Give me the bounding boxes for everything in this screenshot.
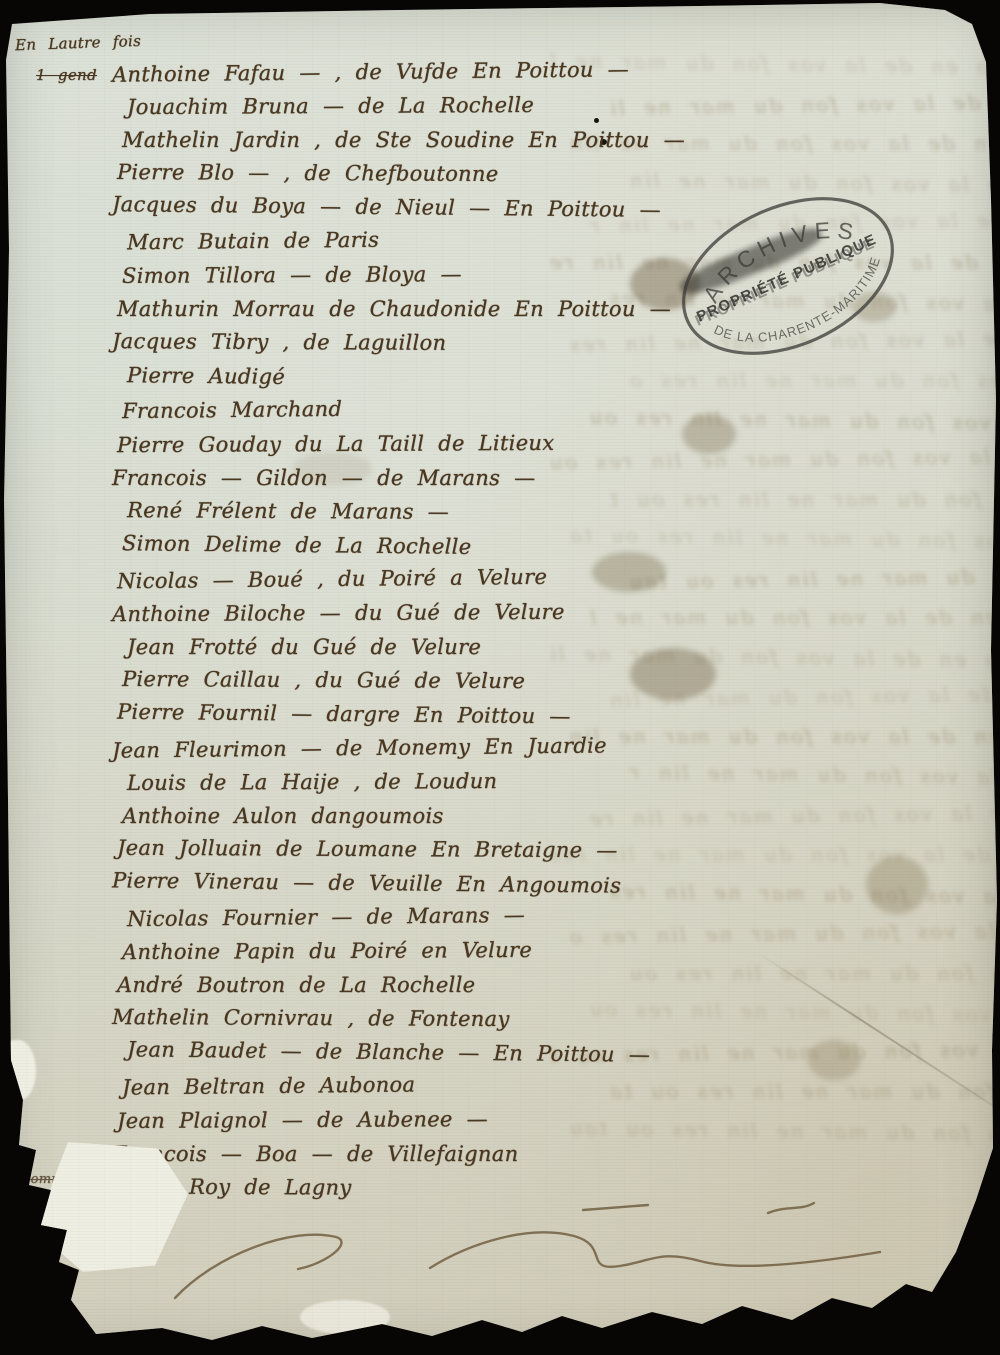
torn-fibre-chunk: [38, 1142, 188, 1272]
ink-bleedthrough: la vos fon du mar ne lin res ou t: [608, 487, 1000, 511]
entry-line: Mathelin Cornivrau , de Fontenay: [112, 1005, 510, 1031]
entry-line: Francois — Gildon — de Marans —: [112, 466, 535, 490]
entry-line: Jouachim Bruna — de La Rochelle: [127, 93, 534, 119]
entry-line: Nicolas — Boué , du Poiré a Velure: [117, 565, 547, 594]
ink-bleedthrough: la vos fon du mar ne lin res ou ta: [608, 1079, 1000, 1103]
entry-line: Pierre Gouday du La Taill de Litieux: [117, 431, 554, 457]
paper-crease: [757, 952, 1000, 1150]
ink-bleedthrough: mo en de la vos fon du mar ne lin: [608, 681, 1000, 712]
ink-bleedthrough: de la vos fon du mar ne lin res ou: [588, 404, 1000, 435]
ink-bleedthrough: e la vos fon du mar ne lin res ou: [588, 997, 1000, 1028]
ink-bleedthrough: de la vos fon du mar ne lin res o: [628, 368, 1000, 392]
entry-line: Pierre Caillau , du Gué de Velure: [122, 667, 525, 693]
torn-fibre-chunk: [300, 1300, 390, 1334]
entry-line: Francois Marchand: [122, 397, 342, 423]
entry-line: Mathurin Morrau de Chaudonide En Poittou…: [117, 297, 671, 321]
header-note: En Lautre fois: [15, 32, 142, 54]
ink-bleedthrough: un mo en de la vos fon du mar ne l: [588, 605, 1000, 629]
entry-line: Anthoine Fafau — , de Vufde En Poittou —: [112, 57, 629, 86]
entry-line: Mathelin Jardin , de Ste Soudine En Poit…: [122, 128, 685, 152]
ink-stain: [808, 1040, 860, 1080]
entry-line: Pierre Blo — , de Chefboutonne: [117, 160, 499, 186]
manuscript-scan: un mo en de la vos fon du mar ne ln mo e…: [0, 0, 1000, 1355]
ink-stain: [866, 856, 928, 914]
ink-stain: [592, 552, 666, 592]
entry-line: Pierre Audigé: [127, 363, 285, 389]
ink-bleedthrough: de la vos fon du mar ne lin res ou: [628, 961, 1000, 985]
ink-bleedthrough: n mo en de la vos fon du mar ne li: [608, 88, 1000, 119]
ink-stain: [630, 648, 716, 700]
entry-line: Jean Frotté du Gué de Velure: [127, 635, 481, 659]
ink-bleedthrough: a vos fon du mar ne lin res ou tau: [628, 562, 1000, 593]
torn-fibre-chunk: [2, 1040, 36, 1100]
entry-line: Jacques du Boya — de Nieul — En Poittou …: [112, 192, 661, 222]
entry-line: Jean Fleurimon — de Monemy En Juardie: [112, 733, 607, 762]
ink-bleedthrough: n mo en de la vos fon du mar ne li: [548, 641, 1000, 672]
entry-line: Jean Beltran de Aubonoa: [122, 1072, 416, 1099]
ink-bleedthrough: de la vos fon du mar ne lin res o: [568, 918, 1000, 949]
entry-line: Jacques Tibry , de Laguillon: [112, 330, 446, 356]
entry-line: André Boutron de La Rochelle: [117, 973, 475, 997]
entry-line: Pierre Vinerau — de Veuille En Angoumois: [112, 869, 621, 898]
archive-stamp: ARCHIVES PROPRIÉTÉ PUBLIQUE PROPRIÉTÉ PU…: [644, 150, 932, 401]
ink-bleedthrough: la vos fon du mar ne lin res ou ta: [568, 523, 1000, 554]
margin-note-top: 1 gend: [36, 66, 97, 84]
entry-line: Jean Jolluain de Loumane En Bretaigne —: [117, 836, 618, 863]
ink-bleedthrough: en de la vos fon du mar ne lin re: [588, 799, 1000, 830]
ink-bleedthrough: mo en de la vos fon du mar ne lin: [568, 724, 1000, 748]
ink-bleedthrough: e la vos fon du mar ne lin res ou: [548, 444, 1000, 475]
entry-line: Louis de La Haije , de Loudun: [127, 769, 497, 795]
ink-stain: [682, 414, 736, 454]
entry-line: Nicolas Fournier — de Marans —: [127, 903, 525, 931]
entry-line: Anthoine Biloche — du Gué de Velure: [112, 600, 565, 626]
ink-bleedthrough: a vos fon du mar ne lin res ou tau: [568, 1115, 1000, 1146]
entry-line: Anthoine Papin du Poiré en Velure: [122, 938, 532, 964]
entry-line: Anthoine Aulon dangoumois: [122, 804, 444, 828]
entry-line: Marc Butain de Paris: [127, 228, 379, 255]
paper-sheet: un mo en de la vos fon du mar ne ln mo e…: [0, 0, 1000, 1355]
entry-line: Francois — Boa — de Villefaignan: [112, 1142, 518, 1166]
ink-dot: [594, 118, 599, 123]
entry-line: Pierre Fournil — dargre En Poittou —: [117, 700, 571, 729]
entry-line: Simon Tillora — de Bloya —: [122, 262, 462, 288]
entry-line: René Frélent de Marans —: [127, 499, 449, 525]
entry-line: Jean Baudet — de Blanche — En Poittou —: [127, 1037, 650, 1066]
ink-bleedthrough: n de la vos fon du mar ne lin res: [608, 878, 1000, 909]
entry-line: Jean Plaignol — de Aubenee —: [117, 1107, 488, 1133]
entry-line: Simon Delime de La Rochelle: [122, 531, 472, 559]
ink-bleedthrough: o en de la vos fon du mar ne lin r: [628, 760, 1000, 791]
